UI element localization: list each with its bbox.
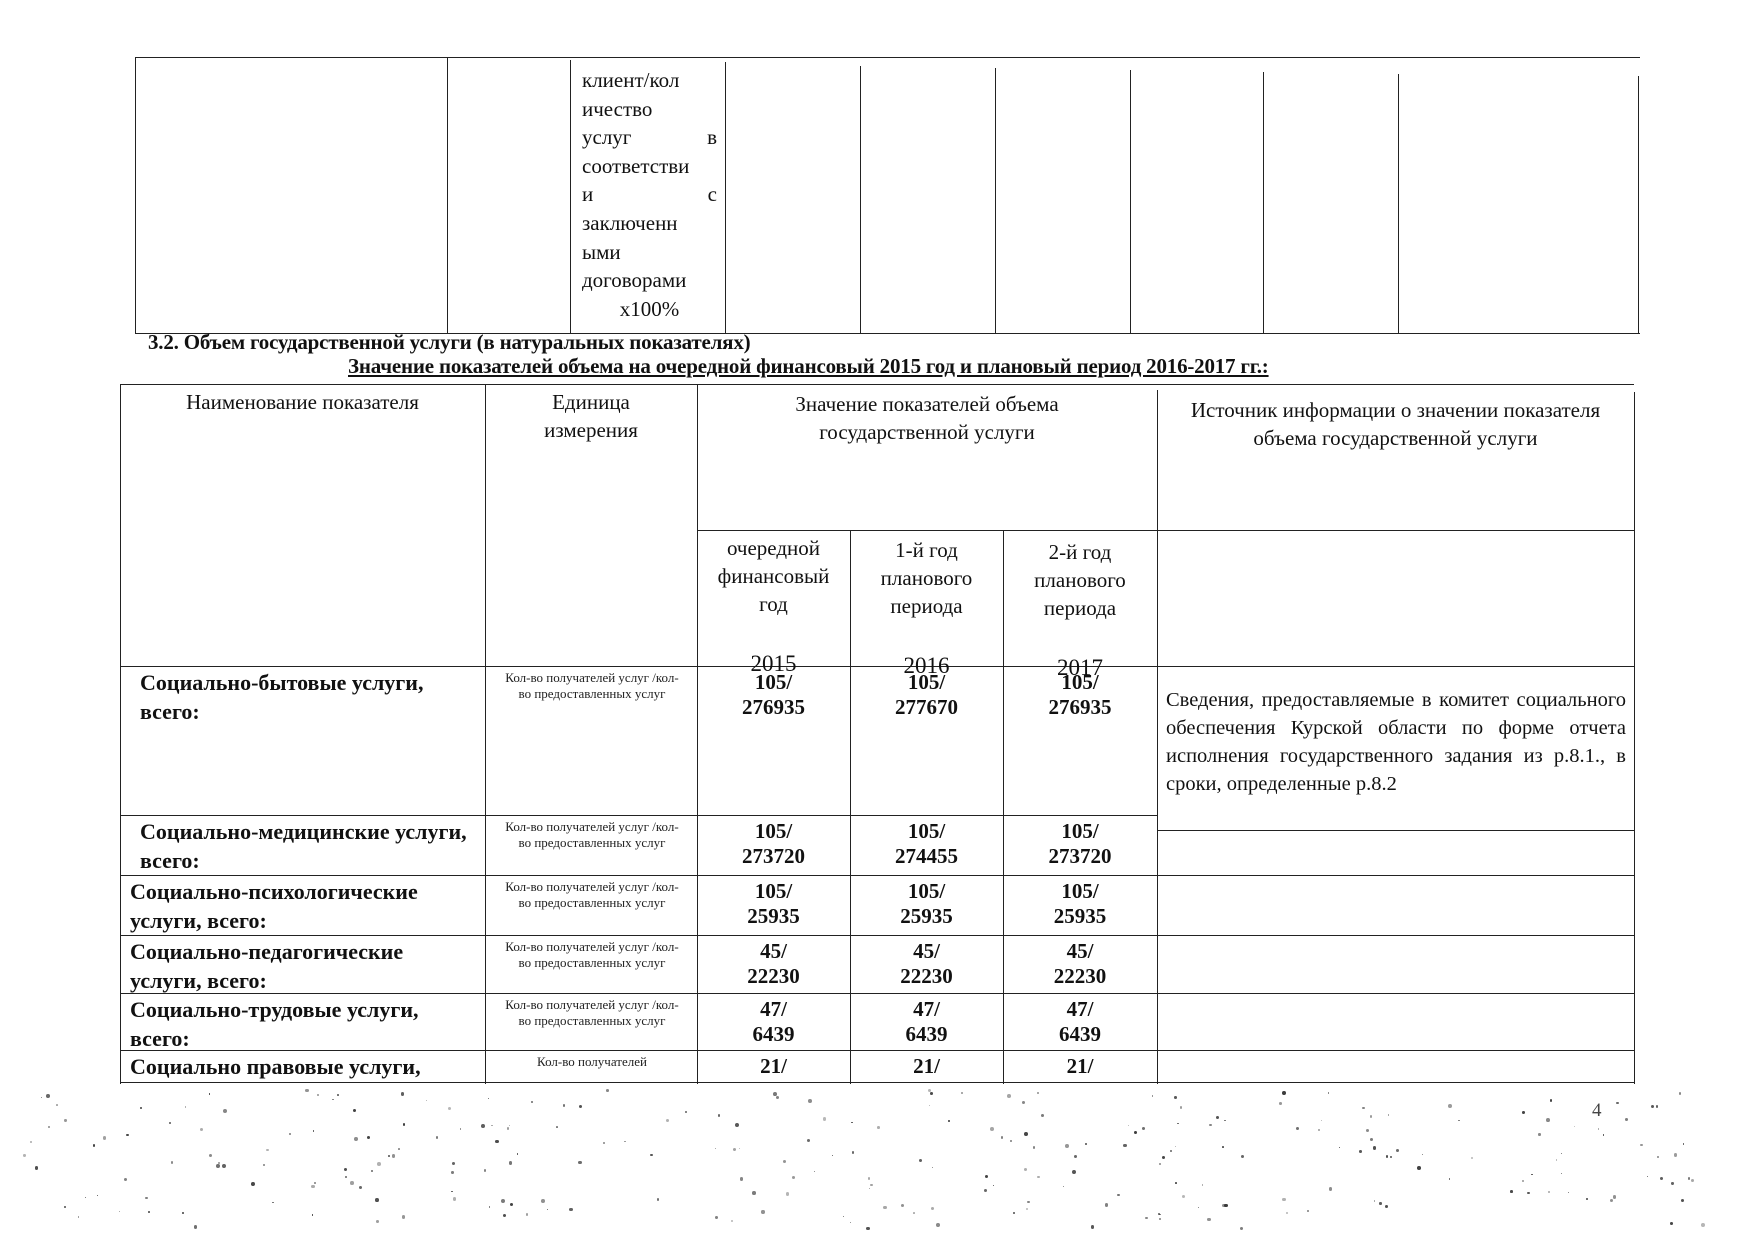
criterion-text-line: договорами <box>582 266 717 295</box>
unit-of-measure: Кол-во получателей услуг /кол-во предост… <box>490 939 694 993</box>
value-cell: 45/22230 <box>697 939 850 993</box>
header-source: Источник информации о значении показател… <box>1157 388 1634 452</box>
period-label: 1-й год планового периода <box>850 536 1003 620</box>
header-source-text: Источник информации о значении показател… <box>1191 398 1600 450</box>
section-subtitle: Значение показателей объема на очередной… <box>348 354 1269 379</box>
value-cell: 47/6439 <box>1003 997 1157 1050</box>
criterion-text-line: х100% <box>582 295 717 324</box>
value-cell: 21/ <box>1003 1054 1157 1082</box>
criterion-formula-text: клиент/количествоуслуг всоответствии сза… <box>582 66 717 323</box>
value-cell: 105/25935 <box>1003 879 1157 935</box>
header-indicator-name: Наименование показателя <box>120 384 485 416</box>
period-label: 2-й год планового периода <box>1003 538 1157 622</box>
criterion-text-line: соответстви <box>582 152 717 181</box>
unit-of-measure: Кол-во получателей услуг /кол-во предост… <box>490 819 694 875</box>
indicator-name: Социально-трудовые услуги, всего: <box>128 995 480 1052</box>
unit-of-measure: Кол-во получателей <box>490 1054 694 1082</box>
criterion-text-line: ичество <box>582 95 717 124</box>
value-cell: 105/273720 <box>697 819 850 875</box>
header-unit: Единица измерения <box>485 384 697 444</box>
value-cell: 105/277670 <box>850 670 1003 815</box>
criterion-text-line: заключенн <box>582 209 717 238</box>
section-title: 3.2. Объем государственной услуги (в нат… <box>148 330 750 355</box>
indicator-name: Социально-психологические услуги, всего: <box>128 877 480 937</box>
value-cell: 45/22230 <box>1003 939 1157 993</box>
value-cell: 47/6439 <box>850 997 1003 1050</box>
criterion-text-line: ыми <box>582 238 717 267</box>
value-cell: 21/ <box>850 1054 1003 1082</box>
criterion-text-line: клиент/кол <box>582 66 717 95</box>
value-cell: 105/25935 <box>850 879 1003 935</box>
value-cell: 21/ <box>697 1054 850 1082</box>
header-values-group-text: Значение показателей объема государствен… <box>795 392 1058 444</box>
indicator-name: Социально-педагогические услуги, всего: <box>128 937 480 995</box>
header-unit-text: Единица измерения <box>544 390 638 442</box>
value-cell: 45/22230 <box>850 939 1003 993</box>
unit-of-measure: Кол-во получателей услуг /кол-во предост… <box>490 670 694 815</box>
value-cell: 105/273720 <box>1003 819 1157 875</box>
page-number: 4 <box>1592 1100 1602 1122</box>
unit-of-measure: Кол-во получателей услуг /кол-во предост… <box>490 879 694 935</box>
indicator-name: Социально-бытовые услуги, всего: <box>128 668 480 817</box>
indicator-name: Социально-медицинские услуги, всего: <box>128 817 480 877</box>
value-cell: 105/25935 <box>697 879 850 935</box>
indicator-name: Социально правовые услуги, <box>128 1052 480 1084</box>
header-period-0: очередной финансовый год 2015 <box>697 534 850 666</box>
header-values-group: Значение показателей объема государствен… <box>697 384 1157 446</box>
criterion-text-line: и с <box>582 180 717 209</box>
value-cell: 105/274455 <box>850 819 1003 875</box>
value-cell: 105/276935 <box>697 670 850 815</box>
source-info-text: Сведения, предоставляемые в комитет соци… <box>1166 686 1626 798</box>
value-cell: 105/276935 <box>1003 670 1157 815</box>
value-cell: 47/6439 <box>697 997 850 1050</box>
period-label: очередной финансовый год <box>697 534 850 618</box>
criterion-text-line: услуг в <box>582 123 717 152</box>
header-period-2: 2-й год планового периода 2017 <box>1003 538 1157 666</box>
header-period-1: 1-й год планового периода 2016 <box>850 536 1003 666</box>
unit-of-measure: Кол-во получателей услуг /кол-во предост… <box>490 997 694 1050</box>
